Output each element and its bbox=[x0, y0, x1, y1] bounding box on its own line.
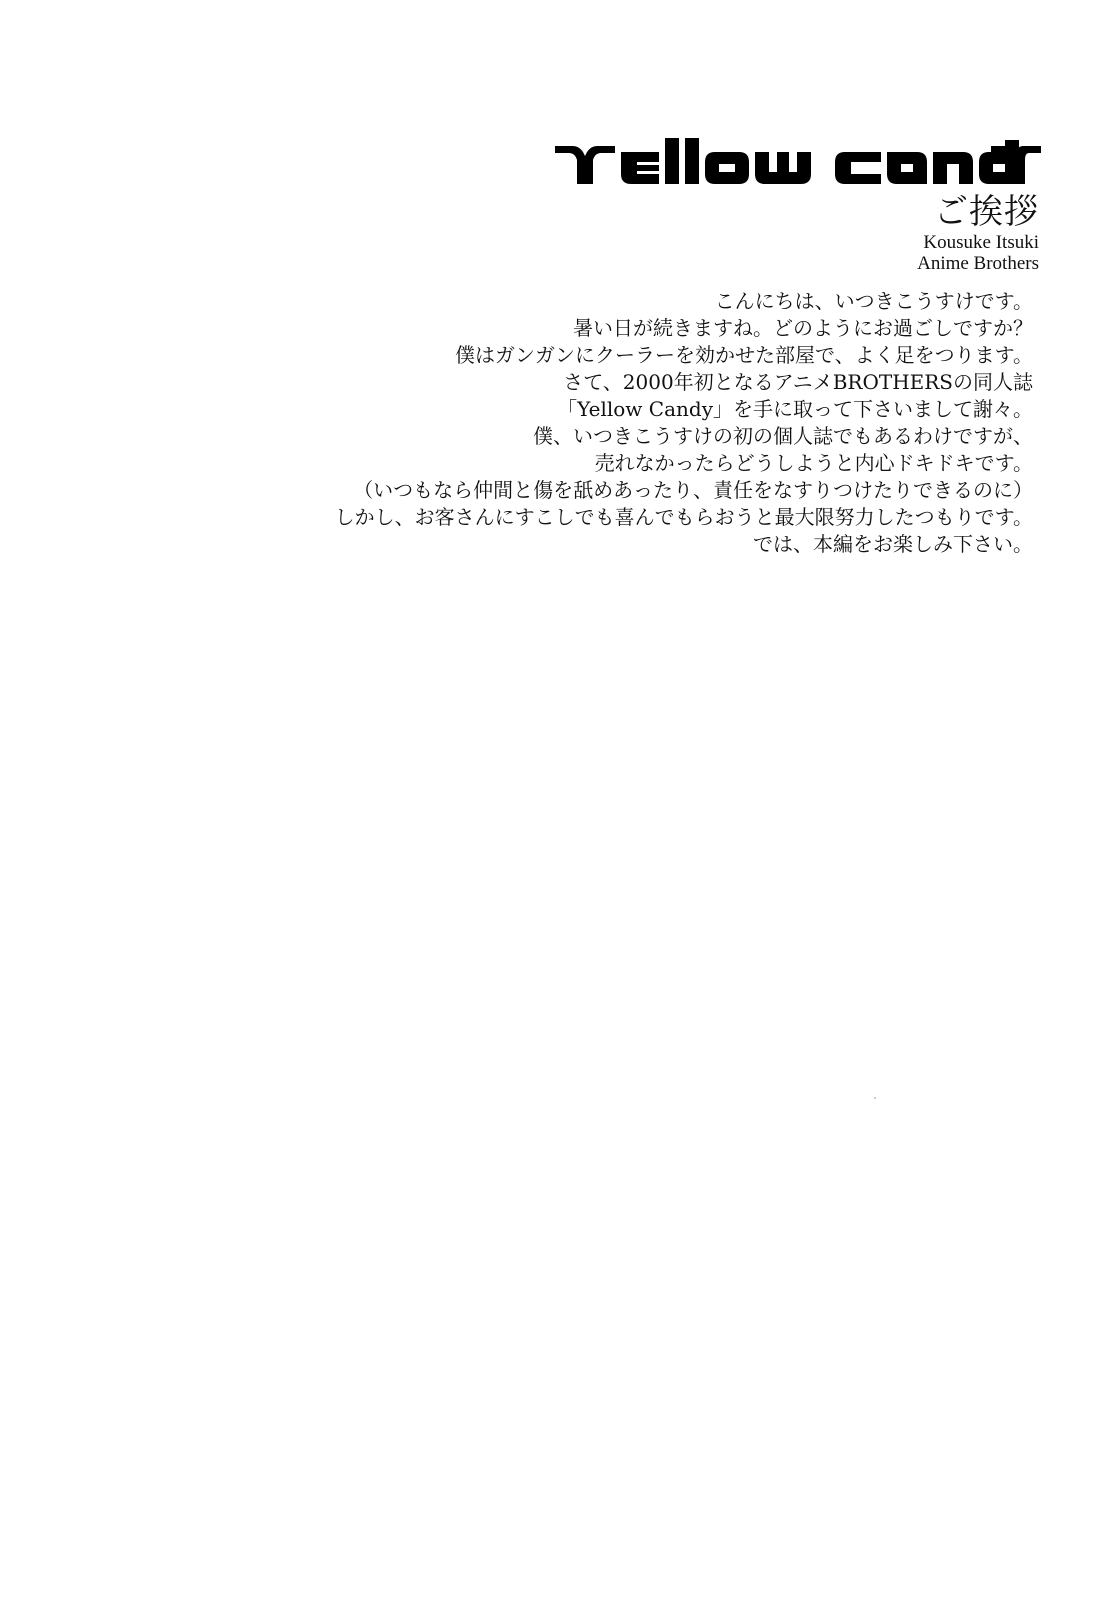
message-line: 売れなかったらどうしようと内心ドキドキです。 bbox=[233, 450, 1033, 477]
message-line: では、本編をお楽しみ下さい。 bbox=[233, 531, 1033, 558]
message-line: 「Yellow Candy」を手に取って下さいまして謝々。 bbox=[233, 396, 1033, 423]
message-line: しかし、お客さんにすこしでも喜んでもらおうと最大限努力したつもりです。 bbox=[233, 504, 1033, 531]
circle-name: Anime Brothers bbox=[917, 253, 1039, 274]
message-line: さて、2000年初となるアニメBROTHERSの同人誌 bbox=[233, 369, 1033, 396]
greeting-heading: ご挨拶 bbox=[917, 192, 1039, 232]
message-line: 僕、いつきこうすけの初の個人誌でもあるわけですが、 bbox=[233, 423, 1033, 450]
yellow-candy-logo bbox=[555, 138, 1041, 186]
author-name: Kousuke Itsuki bbox=[917, 232, 1039, 253]
header-block: ご挨拶 Kousuke Itsuki Anime Brothers bbox=[917, 192, 1039, 274]
message-line: （いつもなら仲間と傷を舐めあったり、責任をなすりつけたりできるのに） bbox=[233, 477, 1033, 504]
message-line: 僕はガンガンにクーラーを効かせた部屋で、よく足をつります。 bbox=[233, 342, 1033, 369]
logo-wordmark-graphic bbox=[555, 138, 1041, 186]
page: ご挨拶 Kousuke Itsuki Anime Brothers こんにちは、… bbox=[0, 0, 1111, 1600]
message-line: 暑い日が続きますね。どのようにお過ごしですか？ bbox=[233, 315, 1033, 342]
message-line: こんにちは、いつきこうすけです。 bbox=[233, 288, 1033, 315]
greeting-message: こんにちは、いつきこうすけです。 暑い日が続きますね。どのようにお過ごしですか？… bbox=[233, 288, 1033, 558]
scan-speck bbox=[874, 1097, 876, 1099]
